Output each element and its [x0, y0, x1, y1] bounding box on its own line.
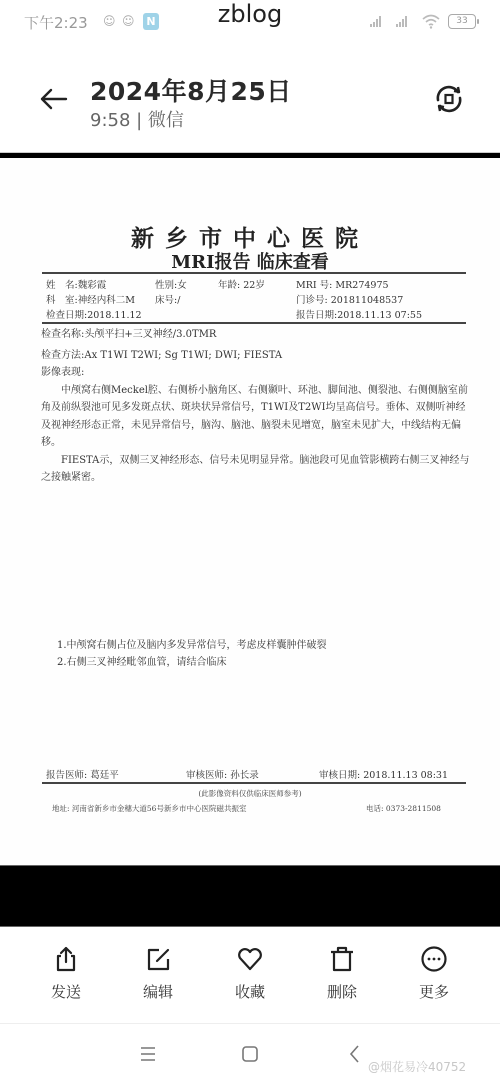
bed-number: 床号:/: [155, 292, 180, 306]
exam-date: 检查日期:2018.11.12: [46, 307, 142, 321]
more-icon: [419, 944, 449, 974]
delete-label: 删除: [327, 981, 357, 1002]
page-title: 2024年8月25日: [90, 72, 292, 108]
edit-button[interactable]: 编辑: [123, 930, 193, 1020]
report-title: MRI报告 临床查看: [0, 248, 500, 274]
report-doctor: 报告医师: 葛廷平: [46, 767, 119, 781]
findings-paragraph: FIESTA示，双侧三叉神经形态、信号未见明显异常。脑池段可见血管影横跨右侧三叉…: [41, 452, 473, 487]
trash-icon: [327, 944, 357, 974]
report-date: 报告日期:2018.11.13 07:55: [296, 307, 422, 321]
more-label: 更多: [419, 981, 449, 1002]
bottom-toolbar: 发送 编辑 收藏 删除 更多: [0, 930, 500, 1020]
header: 2024年8月25日 9:58 | 微信: [0, 50, 500, 150]
edit-label: 编辑: [143, 981, 173, 1002]
review-date: 审核日期: 2018.11.13 08:31: [319, 767, 448, 781]
disclaimer: (此影像资料仅供临床医师参考): [0, 788, 500, 799]
delete-button[interactable]: 删除: [307, 930, 377, 1020]
divider: [42, 782, 466, 784]
heart-icon: [235, 944, 265, 974]
mri-report-image[interactable]: 新乡市中心医院 MRI报告 临床查看 姓 名:魏彩霞 性别:女 年龄: 22岁 …: [0, 158, 500, 865]
favorite-label: 收藏: [235, 981, 265, 1002]
signal-icon: [370, 16, 381, 27]
back-icon[interactable]: [343, 1042, 367, 1066]
home-icon[interactable]: [238, 1042, 262, 1066]
mri-number: MRI 号: MR274975: [296, 277, 389, 291]
address: 地址: 河南省新乡市金穗大道56号新乡市中心医院磁共振室: [52, 803, 246, 814]
send-button[interactable]: 发送: [31, 930, 101, 1020]
impression-item: 2.右侧三叉神经毗邻血管，请结合临床: [57, 654, 489, 671]
findings-paragraph: 中颅窝右侧Meckel腔、右侧桥小脑角区、右侧颞叶、环池、脚间池、侧裂池、右侧侧…: [41, 382, 473, 451]
phone: 电话: 0373-2811508: [366, 803, 441, 814]
patient-age: 年龄: 22岁: [218, 277, 265, 291]
findings-label: 影像表现:: [41, 364, 473, 381]
weibo-watermark: @烟花易冷40752: [368, 1058, 466, 1075]
impression-item: 1.中颅窝右侧占位及脑内多发异常信号，考虑皮样囊肿伴破裂: [57, 637, 489, 654]
send-label: 发送: [51, 981, 81, 1002]
patient-sex: 性别:女: [155, 277, 187, 291]
signal-icon: [396, 16, 407, 27]
patient-name: 姓 名:魏彩霞: [46, 277, 106, 291]
back-arrow-icon[interactable]: [36, 82, 70, 116]
wifi-icon: [421, 13, 441, 29]
share-icon: [51, 944, 81, 974]
favorite-button[interactable]: 收藏: [215, 930, 285, 1020]
review-doctor: 审核医师: 孙长录: [186, 767, 259, 781]
menu-icon[interactable]: [136, 1042, 160, 1066]
rotate-icon[interactable]: [432, 82, 466, 116]
exam-method: 检查方法:Ax T1WI T2WI; Sg T1WI; DWI; FIESTA: [41, 347, 473, 364]
edit-icon: [143, 944, 173, 974]
page-subtitle: 9:58 | 微信: [90, 106, 184, 132]
status-bar: 下午2:23 ☺ ☺ N zblog 33: [0, 0, 500, 44]
viewer-bottom-edge: [0, 865, 500, 927]
divider: [42, 322, 466, 324]
department: 科 室:神经内科二M: [46, 292, 135, 306]
more-button[interactable]: 更多: [399, 930, 469, 1020]
battery-icon: 33: [448, 14, 476, 29]
divider: [42, 272, 466, 274]
exam-name: 检查名称:头颅平扫+三叉神经/3.0TMR: [41, 326, 473, 343]
clinic-number: 门诊号: 201811048537: [296, 292, 403, 306]
